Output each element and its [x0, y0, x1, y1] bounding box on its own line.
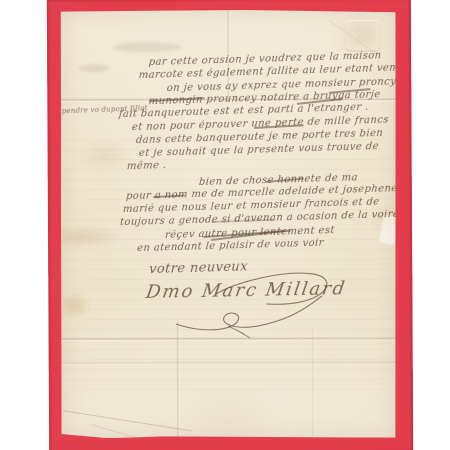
signature-paraph-icon — [116, 268, 386, 348]
ink-show-through — [113, 42, 183, 52]
corner-crease — [63, 410, 192, 431]
fold-line-horizontal-faint — [61, 361, 396, 366]
letter-paper: pendre vo dupont fillot par cette orasio… — [61, 10, 397, 439]
ink-show-through — [79, 64, 109, 72]
blind-embossed-stamp-icon — [345, 20, 381, 52]
letter-line: même . — [126, 160, 166, 172]
red-photo-backdrop: pendre vo dupont fillot par cette orasio… — [47, 0, 413, 450]
listing-photo: pendre vo dupont fillot par cette orasio… — [0, 0, 450, 450]
